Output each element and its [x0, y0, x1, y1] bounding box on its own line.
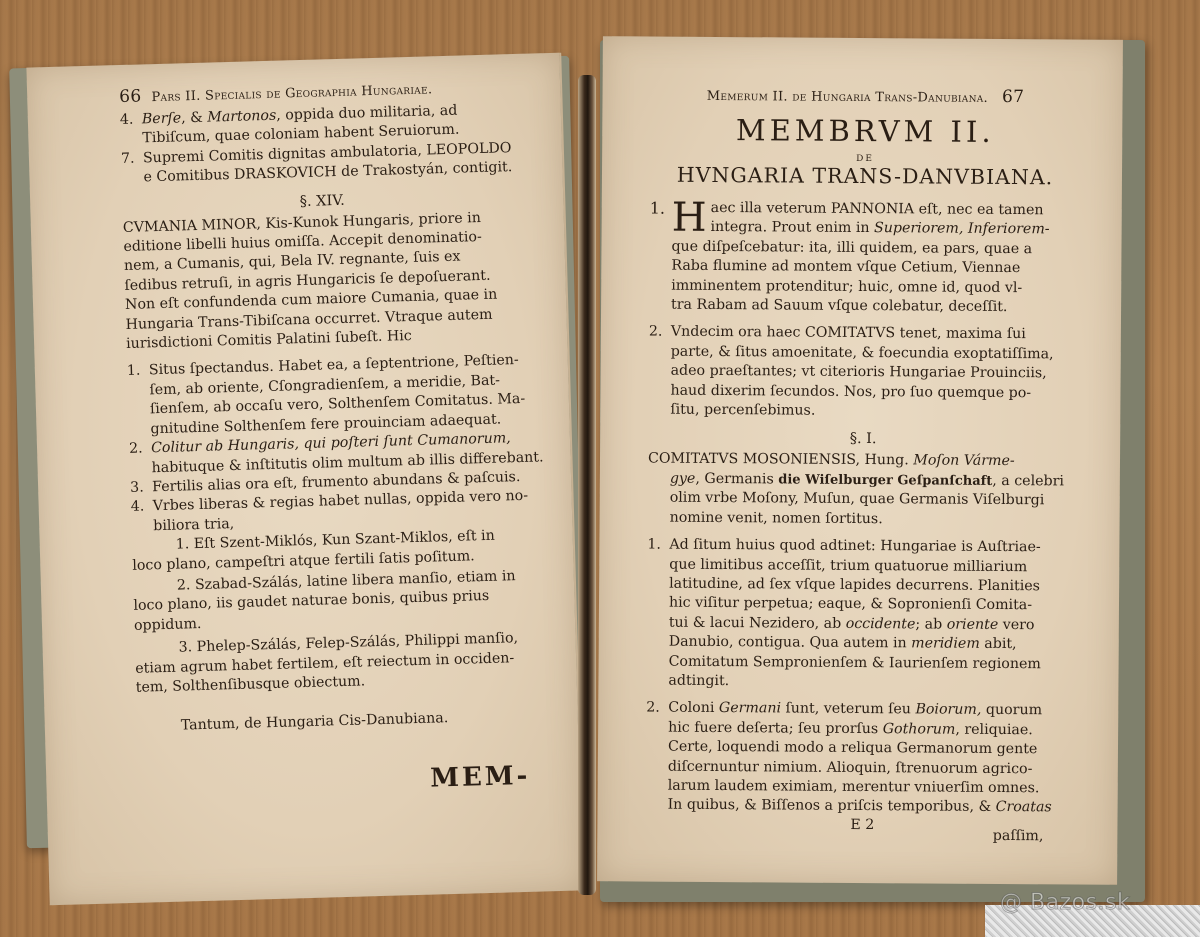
catchword: MEM- — [138, 760, 539, 801]
sub-item-2: 2. Szabad-Szálás, latine libera manſio, … — [133, 567, 534, 636]
right-page-text: Memerum II. de Hungaria Trans-Danubiana.… — [645, 85, 1080, 845]
drop-cap: H — [672, 201, 707, 235]
left-page: 66 Pars II. Specialis de Geographia Hung… — [26, 53, 584, 906]
watermark: @ Bazos.sk — [1000, 890, 1130, 915]
numbered-item-1: 1.Ad ſitum huius quod adtinet: Hungariae… — [646, 536, 1077, 694]
book-gutter — [578, 75, 596, 895]
chapter-subtitle: HVNGARIA TRANS-DANVBIANA. — [650, 163, 1080, 190]
page-number: 67 — [1002, 87, 1024, 107]
right-running-head: Memerum II. de Hungaria Trans-Danubiana.… — [650, 85, 1080, 108]
section-heading: §. I. — [648, 430, 1078, 449]
closing-line: Tantum, de Hungaria Cis-Danubiana. — [137, 707, 537, 738]
running-head-title: Pars II. Specialis de Geographia Hungari… — [151, 82, 432, 105]
sub-item-3: 3. Phelep-Szálás, Felep-Szálás, Philippi… — [134, 629, 535, 698]
page-number: 66 — [119, 86, 142, 107]
paragraph-2: 2.Vndecim ora haec COMITATVS tenet, maxi… — [648, 323, 1079, 423]
chapter-title: MEMBRVM II. — [650, 113, 1080, 150]
numbered-item-1: 1.Situs ſpectandus. Habet ea, a ſeptentr… — [127, 351, 529, 440]
numbered-item-2: 2.Coloni Germani ſunt, veterum ſeu Boior… — [646, 699, 1077, 818]
right-page: Memerum II. de Hungaria Trans-Danubiana.… — [597, 36, 1123, 885]
running-head-title: Memerum II. de Hungaria Trans-Danubiana. — [707, 89, 988, 106]
paragraph-comitatus: COMITATVS MOSONIENSIS, Hung. Moſon Várme… — [648, 450, 1079, 531]
signature-mark: E 2 — [850, 817, 874, 843]
left-page-text: 66 Pars II. Specialis de Geographia Hung… — [119, 76, 539, 802]
catchword: paſſim, — [993, 828, 1044, 844]
page-footer: E 2 paſſim, — [645, 815, 1075, 844]
paragraph-cumania: CVMANIA MINOR, Kis-Kunok Hungaris, prior… — [123, 207, 527, 354]
paragraph-1: 1. H aec illa veterum PANNONIA eſt, nec … — [649, 199, 1080, 318]
